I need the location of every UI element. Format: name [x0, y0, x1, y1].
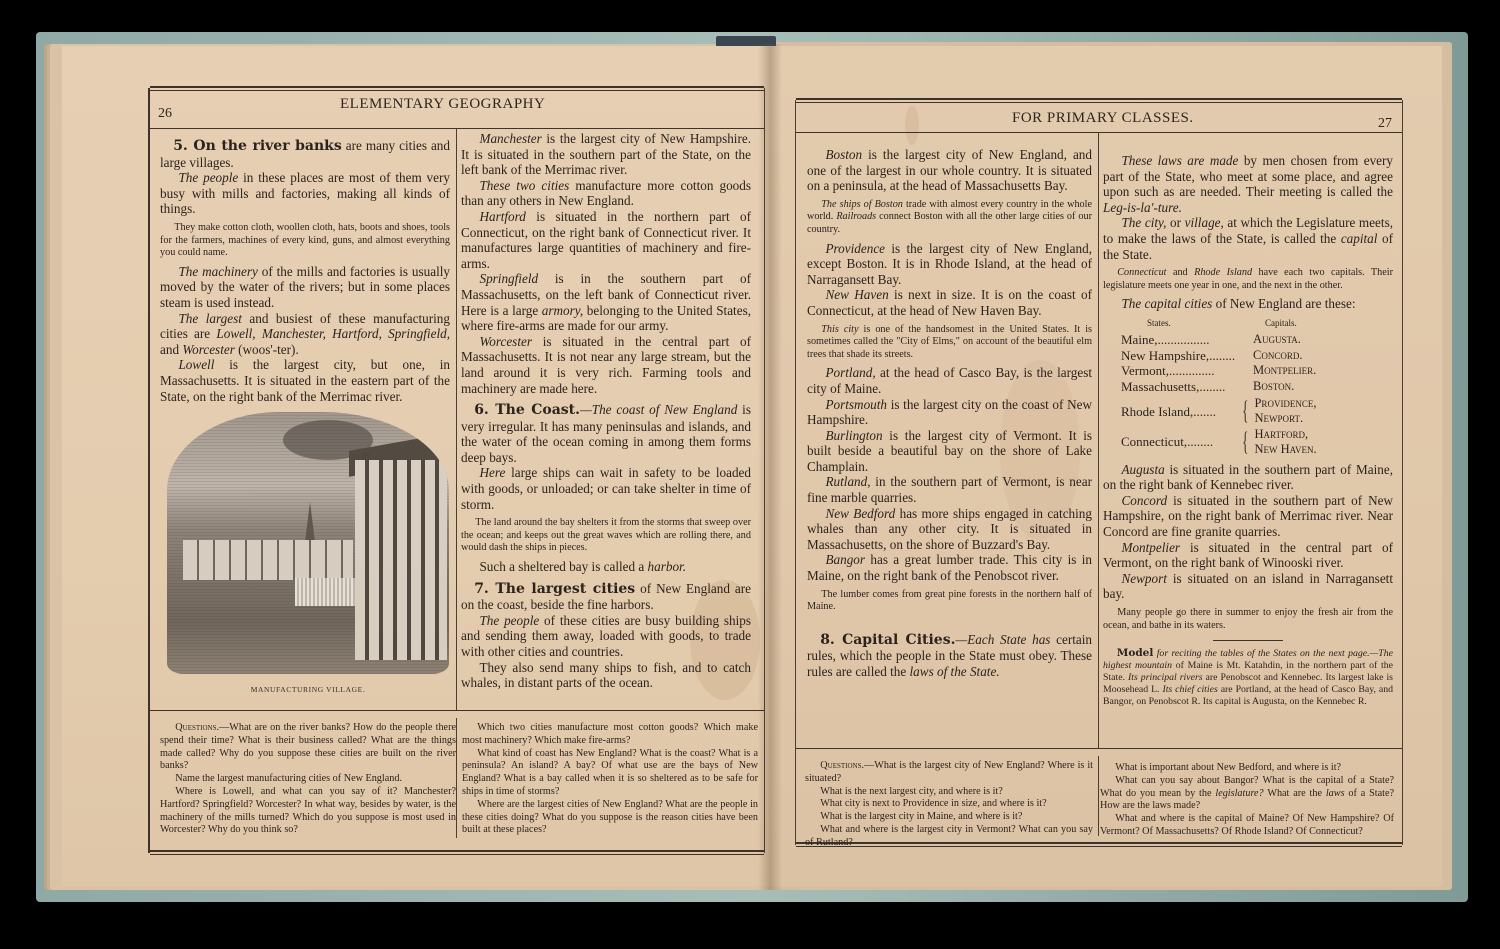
paragraph: The people of these cities are busy buil…: [461, 613, 751, 660]
capital-pair: Providence, Newport.: [1254, 396, 1316, 427]
question: What is important about New Bedford, and…: [1100, 762, 1394, 775]
section-6-paragraph: 6. The Coast.—The coast of New England i…: [461, 402, 751, 465]
brace-icon: {: [1242, 398, 1248, 424]
column-rule: [1098, 132, 1099, 748]
mill-building: [355, 460, 447, 660]
header-states: States.: [1147, 316, 1265, 331]
model-recitation: Model for reciting the tables of the Sta…: [1103, 647, 1393, 708]
paragraph: These two cities manufacture more cotton…: [461, 178, 751, 209]
town-buildings: [183, 540, 353, 580]
question: Questions.—What are on the river banks? …: [160, 722, 456, 773]
capital: Montpelier.: [1253, 363, 1316, 378]
note: This city is one of the handsomest in th…: [807, 324, 1092, 362]
capital: Providence,: [1254, 396, 1316, 411]
paragraph: The people in these places are most of t…: [160, 170, 450, 217]
question: What can you say about Bangor? What is t…: [1100, 775, 1394, 813]
paragraph: The city, or village, at which the Legis…: [1103, 215, 1393, 262]
note: The land around the bay shelters it from…: [461, 517, 751, 555]
paragraph: New Haven is next in size. It is on the …: [807, 287, 1092, 318]
page-number-right: 27: [1378, 116, 1392, 132]
capital: Augusta.: [1253, 332, 1301, 347]
table-row: Vermont,.............. Montpelier.: [1121, 363, 1393, 378]
top-rule: [150, 86, 764, 91]
questions-rule: [150, 710, 764, 711]
paragraph: New Bedford has more ships engaged in ca…: [807, 506, 1092, 553]
question: What city is next to Providence in size,…: [805, 798, 1093, 811]
section-5-heading: 5. On the river banks: [173, 138, 342, 154]
short-rule: [1213, 640, 1283, 641]
page-number-left: 26: [158, 106, 172, 122]
capital: Concord.: [1253, 348, 1302, 363]
capitals-table: States. Capitals. Maine,................…: [1121, 316, 1393, 458]
section-5-paragraph: 5. On the river banks are many cities an…: [160, 138, 450, 170]
state: Maine,................: [1121, 332, 1253, 347]
paragraph: Manchester is the largest city of New Ha…: [461, 131, 751, 178]
paragraph: Here large ships can wait in safety to b…: [461, 465, 751, 512]
section-7-paragraph: 7. The largest cities of New England are…: [461, 581, 751, 613]
capital: New Haven.: [1254, 442, 1316, 457]
note: Connecticut and Rhode Island have each t…: [1103, 267, 1393, 292]
question: What and where is the largest city in Ve…: [805, 824, 1093, 850]
brace-icon: {: [1242, 429, 1248, 455]
state: Rhode Island,.......: [1121, 404, 1239, 419]
note: Many people go there in summer to enjoy …: [1103, 607, 1393, 632]
right-questions-col-1: Questions.—What is the largest city of N…: [805, 760, 1093, 850]
question: Name the largest manufacturing cities of…: [160, 773, 456, 786]
paragraph: Providence is the largest city of New En…: [807, 241, 1092, 288]
paragraph: Such a sheltered bay is called a harbor.: [461, 559, 751, 575]
question: What is the next largest city, and where…: [805, 786, 1093, 799]
paragraph: The capital cities of New England are th…: [1103, 296, 1393, 312]
questions-label: Questions.: [175, 722, 219, 733]
paragraph: Augusta is situated in the southern part…: [1103, 462, 1393, 493]
right-column-1: Boston is the largest city of New Englan…: [807, 147, 1092, 680]
question: What is the largest city in Maine, and w…: [805, 811, 1093, 824]
capital: Newport.: [1254, 411, 1316, 426]
top-rule: [796, 98, 1402, 103]
paragraph: Worcester is situated in the central par…: [461, 334, 751, 396]
paragraph: Portsmouth is the largest city on the co…: [807, 397, 1092, 428]
running-head-right: FOR PRIMARY CLASSES.: [1012, 110, 1194, 127]
header-rule: [796, 132, 1402, 133]
section-8-paragraph: 8. Capital Cities.—Each State has certai…: [807, 632, 1092, 680]
note: The ships of Boston trade with almost ev…: [807, 199, 1092, 237]
left-column-2: Manchester is the largest city of New Ha…: [461, 131, 751, 691]
bottom-rule: [150, 850, 764, 855]
right-column-2: These laws are made by men chosen from e…: [1103, 153, 1393, 708]
table-header: States. Capitals.: [1147, 316, 1393, 331]
state: Vermont,..............: [1121, 363, 1253, 378]
running-head-left: ELEMENTARY GEOGRAPHY: [340, 96, 545, 113]
paragraph: Rutland, in the southern part of Vermont…: [807, 474, 1092, 505]
paragraph: Bangor has a great lumber trade. This ci…: [807, 552, 1092, 583]
left-column-1: 5. On the river banks are many cities an…: [160, 138, 450, 404]
questions-rule: [796, 748, 1402, 749]
table-row: Maine,................ Augusta.: [1121, 332, 1393, 347]
paragraph: Hartford is situated in the northern par…: [461, 209, 751, 271]
capital: Hartford,: [1254, 427, 1316, 442]
paragraph: Lowell is the largest city, but one, in …: [160, 357, 450, 404]
state: Massachusetts,........: [1121, 379, 1253, 394]
note: They make cotton cloth, woollen cloth, h…: [160, 222, 450, 260]
church-spire: [305, 502, 315, 542]
header-rule: [150, 128, 764, 129]
left-questions-col-1: Questions.—What are on the river banks? …: [160, 722, 456, 837]
question: Questions.—What is the largest city of N…: [805, 760, 1093, 786]
paragraph: Montpelier is situated in the central pa…: [1103, 540, 1393, 571]
paragraph: These laws are made by men chosen from e…: [1103, 153, 1393, 215]
question: What kind of coast has New England? What…: [462, 748, 758, 799]
question: Where are the largest cities of New Engl…: [462, 799, 758, 837]
questions-label: Questions.: [820, 760, 864, 771]
question: Which two cities manufacture most cotton…: [462, 722, 758, 748]
paragraph: The machinery of the mills and factories…: [160, 264, 450, 311]
section-7-heading: 7. The largest cities: [474, 581, 635, 597]
column-rule: [456, 718, 457, 838]
paragraph: Portland, at the head of Casco Bay, is t…: [807, 365, 1092, 396]
paragraph: Newport is situated on an island in Narr…: [1103, 571, 1393, 602]
table-row: Rhode Island,....... { Providence, Newpo…: [1121, 396, 1393, 427]
paragraph: Boston is the largest city of New Englan…: [807, 147, 1092, 194]
manufacturing-village-illustration: [167, 412, 449, 674]
illustration-caption: MANUFACTURING VILLAGE.: [167, 685, 449, 694]
state: Connecticut,........: [1121, 434, 1239, 449]
paragraph: Burlington is the largest city of Vermon…: [807, 428, 1092, 475]
column-rule: [456, 128, 457, 710]
section-6-heading: 6. The Coast.: [474, 402, 580, 418]
table-row: Massachusetts,........ Boston.: [1121, 379, 1393, 394]
header-capitals: Capitals.: [1265, 316, 1297, 331]
question: Where is Lowell, and what can you say of…: [160, 786, 456, 837]
paragraph: Concord is situated in the southern part…: [1103, 493, 1393, 540]
note: The lumber comes from great pine forests…: [807, 589, 1092, 614]
capital-pair: Hartford, New Haven.: [1254, 427, 1316, 458]
state: New Hampshire,........: [1121, 348, 1253, 363]
left-questions-col-2: Which two cities manufacture most cotton…: [462, 722, 758, 837]
capital: Boston.: [1253, 379, 1294, 394]
section-8-heading: 8. Capital Cities.: [820, 632, 955, 648]
paragraph: They also send many ships to fish, and t…: [461, 660, 751, 691]
question: What and where is the capital of Maine? …: [1100, 813, 1394, 839]
table-row: New Hampshire,........ Concord.: [1121, 348, 1393, 363]
paragraph: Springfield is in the southern part of M…: [461, 271, 751, 333]
right-questions-col-2: What is important about New Bedford, and…: [1100, 762, 1394, 839]
paragraph: The largest and busiest of these manufac…: [160, 311, 450, 358]
table-row: Connecticut,........ { Hartford, New Hav…: [1121, 427, 1393, 458]
column-rule: [1098, 756, 1099, 836]
